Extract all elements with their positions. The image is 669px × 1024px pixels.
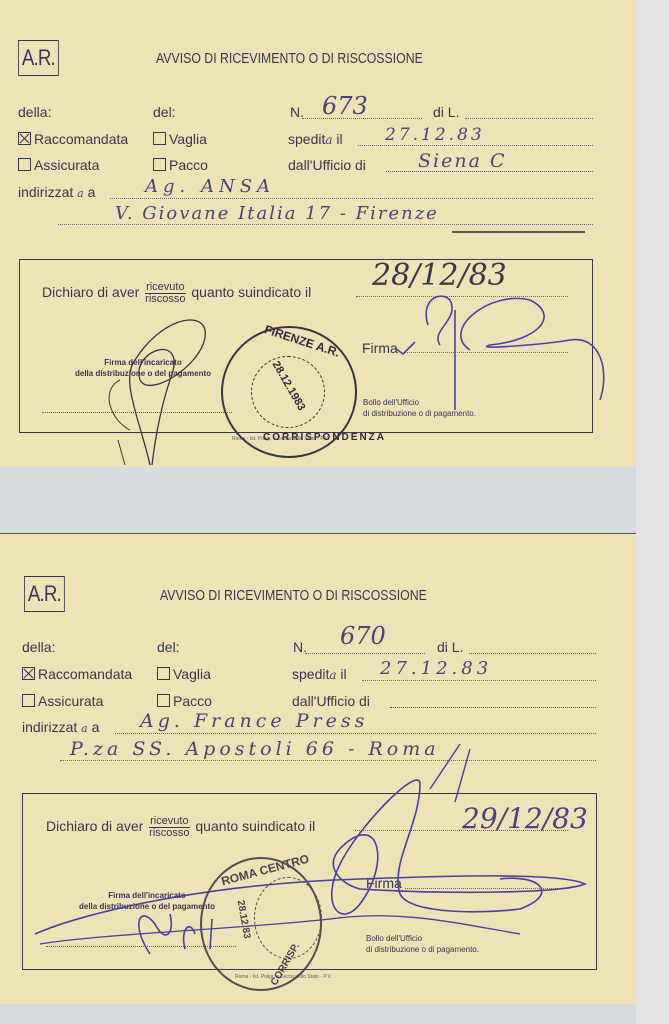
handwritten-signatures	[0, 0, 636, 467]
handwritten-signatures	[0, 534, 636, 1004]
receipt-card-2: A.R. AVVISO DI RICEVIMENTO O DI RISCOSSI…	[0, 533, 636, 1004]
receipt-card-1: A.R. AVVISO DI RICEVIMENTO O DI RISCOSSI…	[0, 0, 636, 467]
scan-background-strip	[636, 0, 669, 1024]
